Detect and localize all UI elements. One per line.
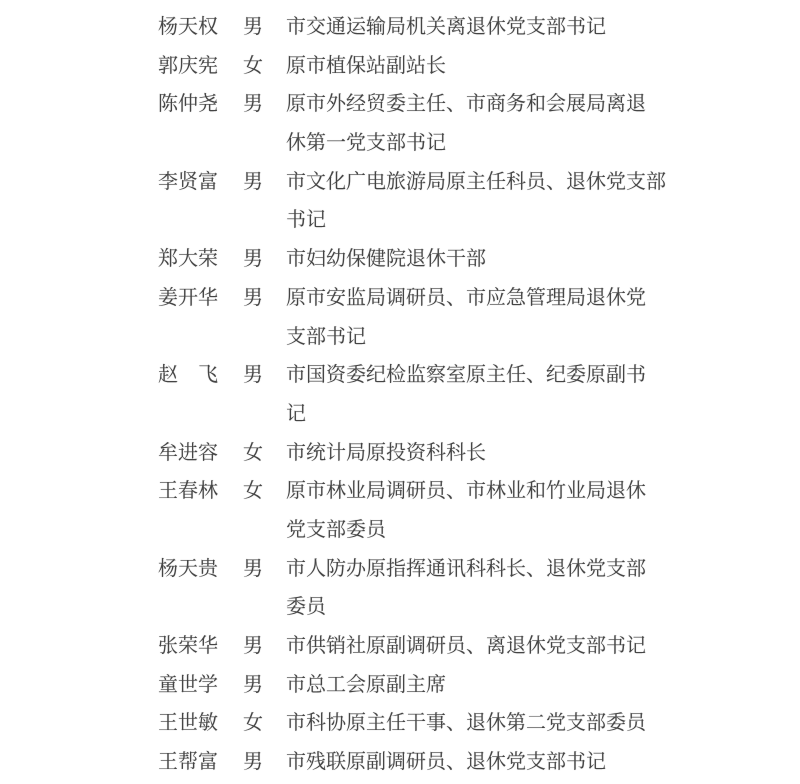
person-gender: 男 [243,743,265,782]
person-position: 原市林业局调研员、市林业和竹业局退休 党支部委员 [286,472,646,549]
position-line: 记 [286,395,646,434]
person-gender: 男 [243,666,265,705]
document-page: 杨天权 男 市交通运输局机关离退休党支部书记 郭庆宪 女 原市植保站副站长 陈仲… [0,0,800,784]
person-gender: 男 [243,550,265,589]
person-name: 王帮富 [158,743,222,782]
person-gender: 男 [243,240,265,279]
roster-entry: 郑大荣 男 市妇幼保健院退休干部 [158,240,800,279]
roster-entry: 张荣华 男 市供销社原副调研员、离退休党支部书记 [158,627,800,666]
position-line: 市统计局原投资科科长 [286,434,486,473]
person-gender: 女 [243,434,265,473]
person-position: 原市安监局调研员、市应急管理局退休党 支部书记 [286,279,646,356]
person-position: 市国资委纪检监察室原主任、纪委原副书 记 [286,356,646,433]
position-line: 委员 [286,588,646,627]
position-line: 市交通运输局机关离退休党支部书记 [286,8,606,47]
person-gender: 女 [243,472,265,511]
position-line: 原市外经贸委主任、市商务和会展局离退 [286,85,646,124]
person-gender: 男 [243,627,265,666]
person-position: 原市外经贸委主任、市商务和会展局离退 休第一党支部书记 [286,85,646,162]
roster-entry: 童世学 男 市总工会原副主席 [158,666,800,705]
person-name: 姜开华 [158,279,222,318]
roster-entry: 王帮富 男 市残联原副调研员、退休党支部书记 [158,743,800,782]
person-name: 陈仲尧 [158,85,222,124]
roster-entry: 陈仲尧 男 原市外经贸委主任、市商务和会展局离退 休第一党支部书记 [158,85,800,162]
roster-entry: 王春林 女 原市林业局调研员、市林业和竹业局退休 党支部委员 [158,472,800,549]
person-name: 李贤富 [158,163,222,202]
position-line: 市科协原主任干事、退休第二党支部委员 [286,704,646,743]
person-position: 市残联原副调研员、退休党支部书记 [286,743,606,782]
position-line: 市残联原副调研员、退休党支部书记 [286,743,606,782]
roster-entry: 郭庆宪 女 原市植保站副站长 [158,47,800,86]
position-line: 市国资委纪检监察室原主任、纪委原副书 [286,356,646,395]
person-name: 童世学 [158,666,222,705]
position-line: 支部书记 [286,318,646,357]
person-name: 杨天贵 [158,550,222,589]
person-gender: 男 [243,163,265,202]
position-line: 市人防办原指挥通讯科科长、退休党支部 [286,550,646,589]
person-position: 市科协原主任干事、退休第二党支部委员 [286,704,646,743]
roster-entry: 李贤富 男 市文化广电旅游局原主任科员、退休党支部 书记 [158,163,800,240]
position-line: 市供销社原副调研员、离退休党支部书记 [286,627,646,666]
person-gender: 男 [243,8,265,47]
position-line: 原市林业局调研员、市林业和竹业局退休 [286,472,646,511]
position-line: 市总工会原副主席 [286,666,446,705]
person-name: 杨天权 [158,8,222,47]
person-position: 市总工会原副主席 [286,666,446,705]
person-position: 市妇幼保健院退休干部 [286,240,486,279]
roster-entry: 赵 飞 男 市国资委纪检监察室原主任、纪委原副书 记 [158,356,800,433]
position-line: 休第一党支部书记 [286,124,646,163]
position-line: 原市植保站副站长 [286,47,446,86]
person-gender: 男 [243,279,265,318]
person-position: 原市植保站副站长 [286,47,446,86]
position-line: 市妇幼保健院退休干部 [286,240,486,279]
person-gender: 男 [243,85,265,124]
person-name: 牟进容 [158,434,222,473]
person-gender: 女 [243,47,265,86]
person-name: 张荣华 [158,627,222,666]
roster-entry: 牟进容 女 市统计局原投资科科长 [158,434,800,473]
person-name: 王世敏 [158,704,222,743]
person-name: 郭庆宪 [158,47,222,86]
roster-entry: 杨天权 男 市交通运输局机关离退休党支部书记 [158,8,800,47]
position-line: 书记 [286,201,666,240]
position-line: 党支部委员 [286,511,646,550]
person-position: 市文化广电旅游局原主任科员、退休党支部 书记 [286,163,666,240]
position-line: 原市安监局调研员、市应急管理局退休党 [286,279,646,318]
person-position: 市交通运输局机关离退休党支部书记 [286,8,606,47]
roster-entry: 王世敏 女 市科协原主任干事、退休第二党支部委员 [158,704,800,743]
position-line: 市文化广电旅游局原主任科员、退休党支部 [286,163,666,202]
roster-entry: 杨天贵 男 市人防办原指挥通讯科科长、退休党支部 委员 [158,550,800,627]
roster-entry: 姜开华 男 原市安监局调研员、市应急管理局退休党 支部书记 [158,279,800,356]
person-position: 市供销社原副调研员、离退休党支部书记 [286,627,646,666]
person-gender: 男 [243,356,265,395]
person-position: 市人防办原指挥通讯科科长、退休党支部 委员 [286,550,646,627]
person-name: 王春林 [158,472,222,511]
person-name: 赵 飞 [158,356,222,395]
person-position: 市统计局原投资科科长 [286,434,486,473]
person-gender: 女 [243,704,265,743]
person-name: 郑大荣 [158,240,222,279]
